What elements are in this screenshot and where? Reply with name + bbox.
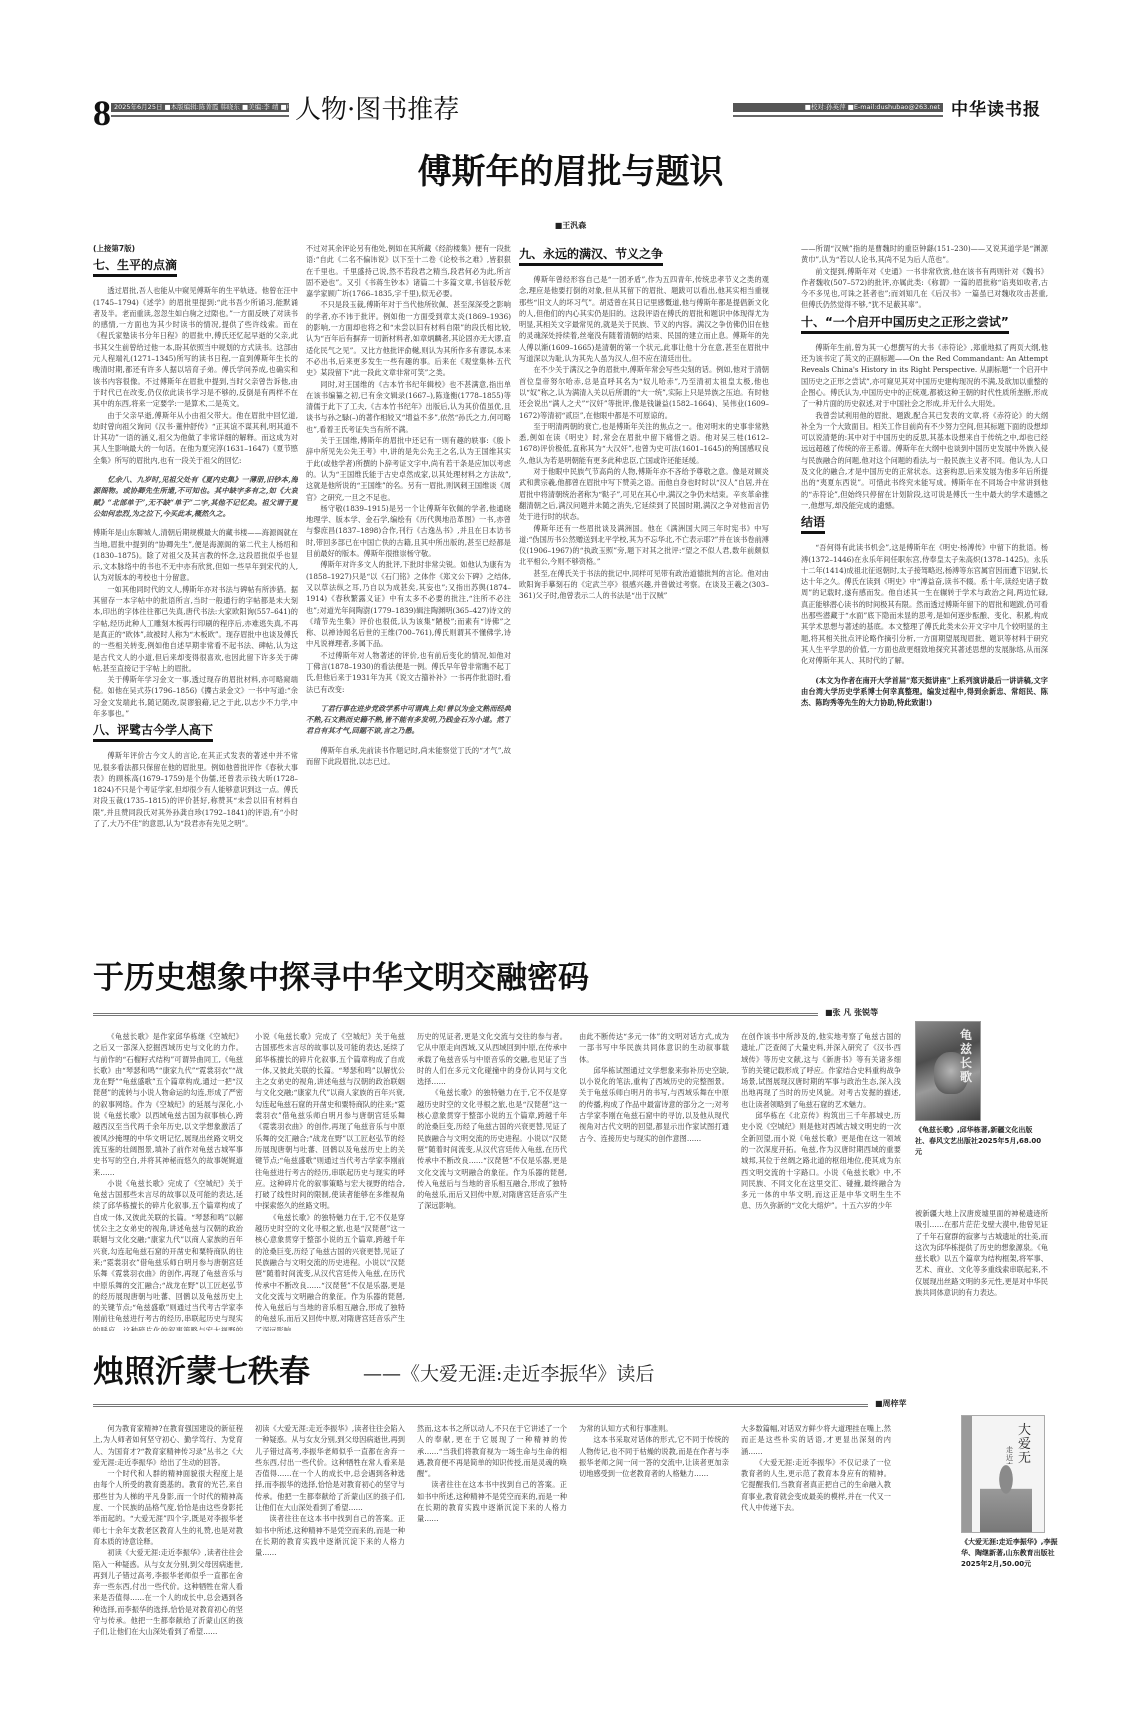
- paragraph: 《龟兹长歌》的独特魅力在于,它不仅是穿越历史时空的文化寻根之旅,也是“汉琵琶”这…: [255, 1212, 405, 1331]
- continued-from-note: (上接第7版): [93, 243, 298, 254]
- article3-headline: 烛照沂蒙七秩春: [93, 1353, 310, 1391]
- paragraph: 不过对其余评论另有他处,例如在其所藏《经韵楼集》便有一段批语:“自此《二名不偏讳…: [306, 243, 511, 299]
- article2-byline: ■张 凡 张锐等: [825, 1007, 878, 1018]
- paragraph: ——所谓“汉贼”指的是曹魏时的重臣钟繇(151–230)——又说其道学是“渊源黄…: [801, 243, 1048, 266]
- masthead: 8 2025年6月25日 ■本版编辑:陈菁霞 韩晓东 ■美编:李 靖 ■电话:0…: [93, 93, 1048, 135]
- article3-column-5: 大多数篇幅,对话双方鲜少将大道理挂在嘴上,然而正是这些朴实的话语,才更显出深刻的…: [741, 1423, 891, 1648]
- block-quote: 丁君行事在进步党政学系中可谓典上矣!普以为金文熟而经典不熟,石文熟而史籍不熟,皆…: [306, 703, 511, 737]
- section-heading-10: 十、“一个启开中国历史之正形之尝试”: [801, 315, 1009, 334]
- paragraph: 傅斯年曾经形容自己是“一团矛盾”,作为五四青年,传统忠孝节义之类的观念,理应是他…: [519, 274, 769, 364]
- paragraph: 历史的见证者,更是文化交流与交往的参与者。它从中原走向西域,又从西域回到中原,在…: [417, 1031, 567, 1087]
- section-heading-9: 九、永远的满汉、节义之争: [519, 247, 663, 266]
- paragraph: 至于明清两朝的衰亡,也是傅斯年关注的焦点之一。他对明末的史事非常熟悉,例如在读《…: [519, 421, 769, 466]
- article2-rule: [93, 1013, 818, 1016]
- section-heading-7: 七、生平的点滴: [93, 258, 177, 277]
- masthead-rule-right: [733, 115, 943, 117]
- paragraph: 读者往往在这本书中找到自己的答案。正如书中所述,这种精神不是凭空而来的,而是一种…: [255, 1513, 405, 1558]
- paragraph: 一如其他同时代的文人,傅斯年亦对书法与碑帖有所涉猎。据其留存一本字帖中的批语所言…: [93, 584, 298, 674]
- paragraph: 由于父亲早逝,傅斯年从小由祖父带大。他在眉批中回忆道,幼时曾向祖父询问《汉书·董…: [93, 410, 298, 466]
- paragraph: 不过傅斯年对人物著述的评价,也有前后变化的情况,如他对丁佛言(1878–1930…: [306, 650, 511, 695]
- masthead-rule-left: [111, 115, 289, 117]
- article3-column-1: 何为教育家精神?在教育强国建设的新征程上,为人师者如何坚守初心、勤学笃行、为党育…: [93, 1423, 243, 1648]
- article2-column-2: 小说《龟兹长歌》完成了《空城纪》关于龟兹古国那些未言尽的故事以及可能的表达,延续…: [255, 1031, 405, 1331]
- portrait-image: [980, 1464, 1032, 1533]
- section-heading-8: 八、评骘古今学人高下: [93, 723, 213, 742]
- paragraph: 读者往往在这本书中找到自己的答案。正如书中所述,这种精神不是凭空而来的,而是一种…: [417, 1479, 567, 1524]
- conclusion-heading: 结语: [801, 515, 825, 534]
- book-cover-image-da-ai-wu-ya: 大爱无涯 走近李振华: [961, 1415, 1045, 1533]
- article3-column-4: 为常的认知方式和行事准则。 这本书采取对话体的形式,它不同于传统的人物传记,也不…: [579, 1423, 729, 1648]
- paragraph: 邱华栋在《北京传》构筑出三千年都城史,历史小说《空城纪》则是他对西域古城文明史的…: [741, 1110, 901, 1212]
- article3-subheadline: ——《大爱无涯:走近李振华》读后: [363, 1362, 654, 1386]
- article3-byline: ■周梓苹: [875, 1398, 907, 1409]
- masthead-info-bar-right: ■校对:孙英萍 ■E-mail:dushubao@263.net: [733, 103, 943, 112]
- paragraph: 初读《大爱无涯:走近李振华》,读者往往会陷入一种疑惑。从与女友分别,到父母因病逝…: [255, 1423, 405, 1513]
- article1-byline: ■王汎森: [93, 220, 1048, 231]
- paragraph: 前文提到,傅斯年对《史通》一书非常欣赏,他在该书有两则针对《魏书》作者魏收(50…: [801, 266, 1048, 311]
- paragraph: 这本书采取对话体的形式,它不同于传统的人物传记,也不同于枯燥的说教,而是在作者与…: [579, 1434, 729, 1479]
- section-title: 人物·图书推荐: [295, 95, 459, 125]
- paragraph: 由此不断传达“多元一体”的文明对话方式,成为一部书写中华民族共同体意识的生动叙事…: [579, 1031, 729, 1065]
- paragraph: 在不少关于满汉之争的眉批中,傅斯年常会写些尖刻的话。例如,他对于清朝首位皇帝努尔…: [519, 364, 769, 420]
- paragraph: 甚至,在傅氏关于书法的批记中,同样可见带有政治道德批判的言论。他对由欧阳询手摹刻…: [519, 568, 769, 602]
- page-number: 8: [93, 93, 111, 133]
- paragraph: 傅斯年自承,先前读书作题记时,尚未能察觉丁氏的“才气”,故而留下此段眉批,以志已…: [306, 745, 511, 768]
- paragraph: 《龟兹长歌》的独特魅力在于,它不仅是穿越历史时空的文化寻根之旅,也是“汉琵琶”这…: [417, 1087, 567, 1211]
- paragraph: 关于王国维,傅斯年的眉批中还记有一则有趣的轶事:《殷卜辞中所见先公先王考》中,讲…: [306, 435, 511, 503]
- paragraph: 在创作该书中所涉及的,他实地考察了龟兹古国的遗址,广泛查阅了大量史料,并深入研究…: [741, 1031, 901, 1110]
- book-cover-image-guici-changge: 龟兹长歌: [915, 1021, 981, 1121]
- article1-headline: 傅斯年的眉批与题识: [93, 151, 1048, 193]
- article2-column-4: 由此不断传达“多元一体”的文明对话方式,成为一部书写中华民族共同体意识的生动叙事…: [579, 1031, 729, 1331]
- paragraph: 小说《龟兹长歌》完成了《空城纪》关于龟兹古国那些未言尽的故事以及可能的表达,延续…: [93, 1178, 243, 1331]
- paragraph: 傅斯年对许多文人的批评,下批时非常尖锐。如他认为康有为(1858–1927)只是…: [306, 559, 511, 649]
- paragraph: 不只是段玉裁,傅斯年对于当代他所钦佩、甚至深深受之影响的学者,亦不讳于批评。例如…: [306, 299, 511, 378]
- article2-column-5: 在创作该书中所涉及的,他实地考察了龟兹古国的遗址,广泛查阅了大量史料,并深入研究…: [741, 1031, 901, 1331]
- article2-column-3: 历史的见证者,更是文化交流与交往的参与者。它从中原走向西域,又从西域回到中原,在…: [417, 1031, 567, 1331]
- article1-column-2: 不过对其余评论另有他处,例如在其所藏《经韵楼集》便有一段批语:“自此《二名不偏讳…: [306, 243, 511, 943]
- paragraph: 何为教育家精神?在教育强国建设的新征程上,为人师者如何坚守初心、勤学笃行、为党育…: [93, 1423, 243, 1468]
- paragraph: 一个时代和人群的精神面貌很大程度上是由每个人所受的教育奠基的。教育的光芒,来自那…: [93, 1468, 243, 1547]
- paragraph: 傅斯年评价古今文人的言论,在其正式发表的著述中并不常见,很多看法都只保留在他的眉…: [93, 750, 298, 829]
- article2-column-1: 《龟兹长歌》是作家邱华栋继《空城纪》之后又一部深入挖掘西域历史与文化的力作。与前…: [93, 1031, 243, 1331]
- book-caption: 《大爱无涯:走近李振华》,李振华、陶继新著,山东教育出版社2025年2月,50.…: [961, 1537, 1061, 1570]
- paragraph: 我曾尝试利用他的眉批、题跋,配合其已发表的文章,将《赤符论》的大纲补全为一个大致…: [801, 410, 1048, 512]
- paragraph: 对于他眼中民族气节高尚的人物,傅斯年亦不吝给予尊敬之意。像是对顾炎武和黄宗羲,他…: [519, 466, 769, 522]
- paragraph: 《龟兹长歌》是作家邱华栋继《空城纪》之后又一部深入挖掘西域历史与文化的力作。与前…: [93, 1031, 243, 1178]
- book-caption: 《龟兹长歌》,邱华栋著,新疆文化出版社、春风文艺出版社2025年5月,68.00…: [915, 1125, 1045, 1158]
- article2-headline: 于历史想象中探寻中华文明交融密码: [93, 959, 589, 997]
- paragraph: 邱华栋试图通过文学想象来弥补历史空缺,以小说化的笔法,重构了西域历史的完整图景。…: [579, 1065, 729, 1144]
- paragraph: 透过眉批,吾人也能从中窥见傅斯年的生平轨迹。他曾在汪中(1745–1794)《述…: [93, 285, 298, 409]
- article1-column-1: (上接第7版) 七、生平的点滴 透过眉批,吾人也能从中窥见傅斯年的生平轨迹。他曾…: [93, 243, 298, 943]
- block-quote: 忆余八、九岁时,见祖父处有《夏内史集》一薄册,旧钞本,海源阁物。或协卿先生所遗,…: [93, 474, 298, 519]
- article2-column-6: 被新疆大地上汉唐废墟里面的神秘遗迹所吸引……在那片茫茫戈壁大漠中,他曾见证了千年…: [915, 1208, 1048, 1333]
- masthead-info-bar-left: 2025年6月25日 ■本版编辑:陈菁霞 韩晓东 ■美编:李 靖 ■电话:010…: [111, 103, 289, 112]
- article3-column-3: 然而,这本书之所以动人,不只在于它讲述了一个人的奉献,更在于它展现了一种精神的传…: [417, 1423, 567, 1648]
- author-note: (本文为作者在南开大学首届“郑天挺讲座”上系列演讲最后一讲讲稿,文字由台湾大学历…: [801, 675, 1048, 709]
- paragraph: 大多数篇幅,对话双方鲜少将大道理挂在嘴上,然而正是这些朴实的话语,才更显出深刻的…: [741, 1423, 891, 1457]
- newspaper-logo: 中华读书报: [951, 99, 1041, 121]
- book-cover-title: 龟兹长歌: [960, 1028, 974, 1084]
- paragraph: “吾何得有此读书机会”,这是傅斯年在《明史·杨溥传》中留下的批语。杨溥(1372…: [801, 542, 1048, 666]
- paragraph: 傅斯年是山东聊城人,清朝后期规模最大的藏书楼——海源阁就在当地,眉批中提到的“协…: [93, 527, 298, 583]
- article3-rule: [93, 1404, 868, 1407]
- paragraph: 杨守敬(1839–1915)是另一个让傅斯年钦佩的学者,他通晓地理学、版本学、金…: [306, 503, 511, 559]
- book-spine: [962, 1416, 972, 1533]
- paragraph: 被新疆大地上汉唐废墟里面的神秘遗迹所吸引……在那片茫茫戈壁大漠中,他曾见证了千年…: [915, 1208, 1048, 1298]
- paragraph: 同时,对王国维的《古本竹书纪年辑校》也不甚满意,指出单在该书编纂之初,已有余文辑…: [306, 379, 511, 435]
- article3-column-2: 初读《大爱无涯:走近李振华》,读者往往会陷入一种疑惑。从与女友分别,到父母因病逝…: [255, 1423, 405, 1648]
- paragraph: 关于傅斯年学习金文一事,透过现存的眉批材料,亦可略窥端倪。如他在吴式芬(1796…: [93, 674, 298, 719]
- paragraph: 傅斯年还有一些眉批谈及满洲国。他在《满洲国大同三年时宪书》中写道:“伪国历书公然…: [519, 523, 769, 568]
- article1-column-4: ——所谓“汉贼”指的是曹魏时的重臣钟繇(151–230)——又说其道学是“渊源黄…: [801, 243, 1048, 943]
- paragraph: 傅斯年生前,曾为其一心想撰写的大书《赤符论》,郑重地拟了两页大纲,他还为该书定了…: [801, 342, 1048, 410]
- paragraph: 小说《龟兹长歌》完成了《空城纪》关于龟兹古国那些未言尽的故事以及可能的表达,延续…: [255, 1031, 405, 1212]
- paragraph: 初读《大爱无涯:走近李振华》,读者往往会陷入一种疑惑。从与女友分别,到父母因病逝…: [93, 1547, 243, 1637]
- article1-column-3: 九、永远的满汉、节义之争 傅斯年曾经形容自己是“一团矛盾”,作为五四青年,传统忠…: [519, 243, 769, 943]
- paragraph: 然而,这本书之所以动人,不只在于它讲述了一个人的奉献,更在于它展现了一种精神的传…: [417, 1423, 567, 1479]
- paragraph: 《大爱无涯:走近李振华》不仅记录了一位教育者的人生,更示范了教育本身应有的精神。…: [741, 1457, 891, 1513]
- paragraph: 为常的认知方式和行事准则。: [579, 1423, 729, 1434]
